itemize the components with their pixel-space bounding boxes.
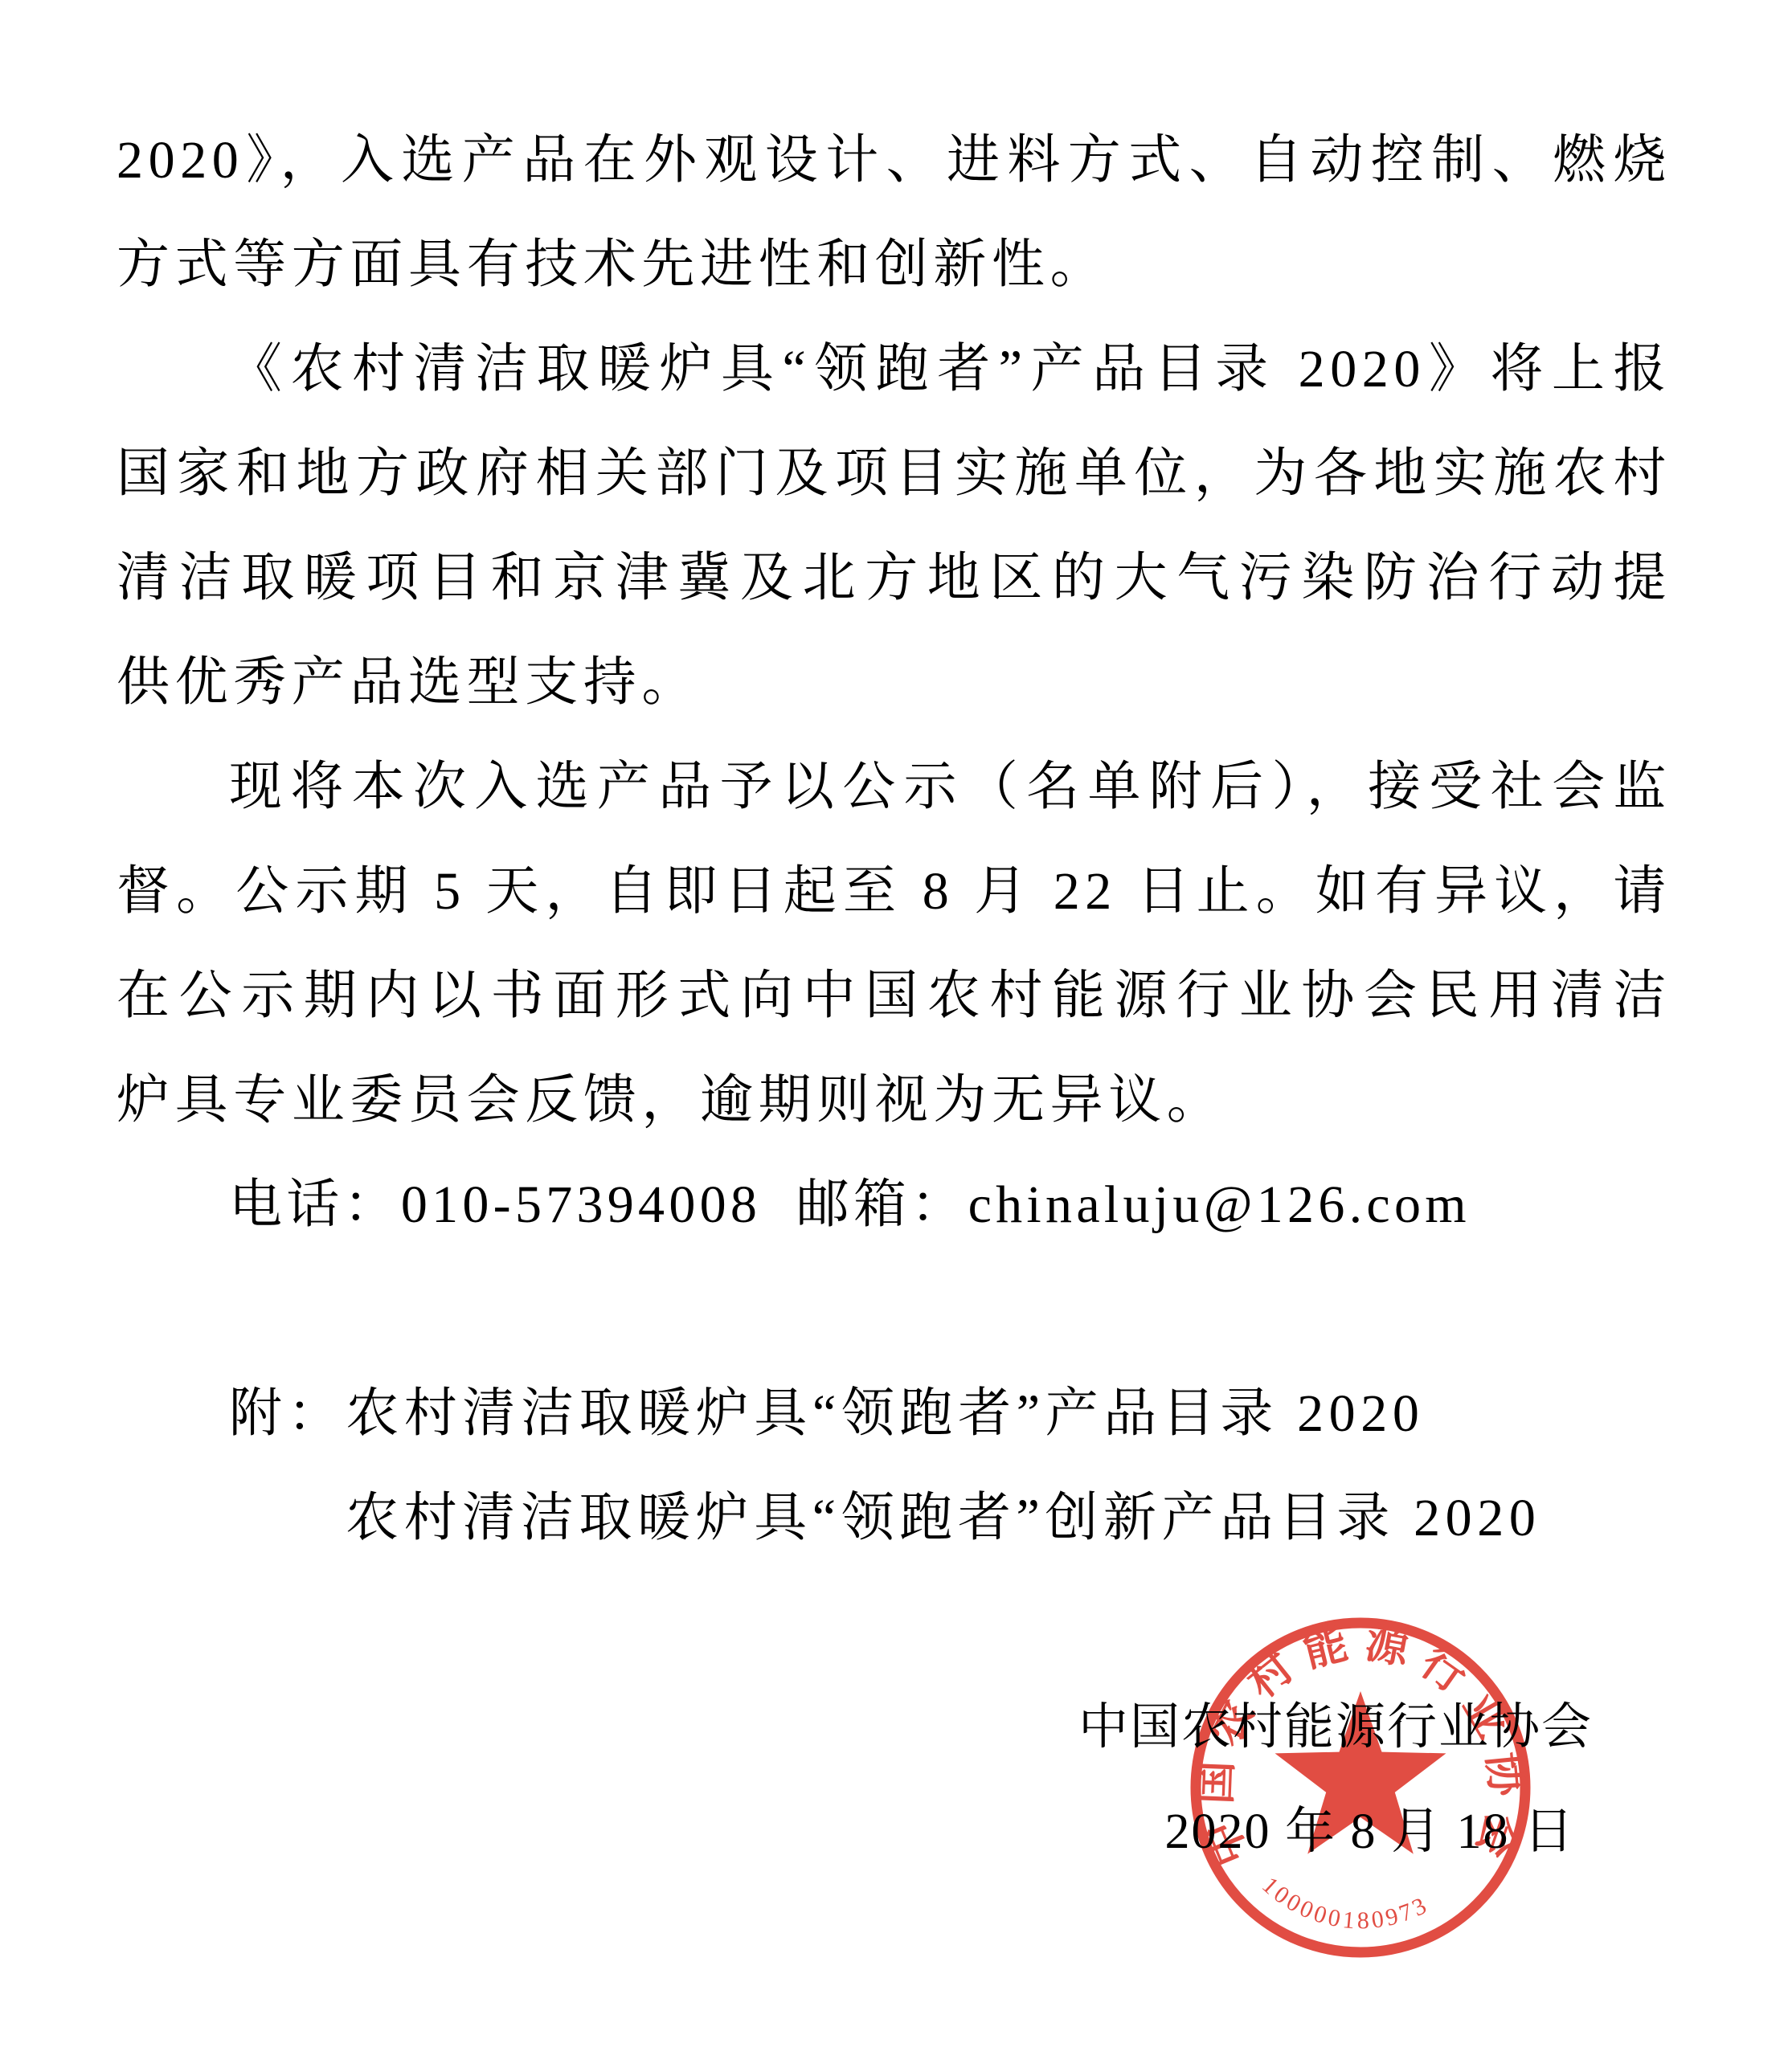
attachment-line-2: 农村清洁取暖炉具“领跑者”创新产品目录 2020	[117, 1466, 1671, 1571]
page: { "page": { "background": "#ffffff", "te…	[0, 0, 1788, 2072]
contact-line: 电话：010-57394008 邮箱：chinaluju@126.com	[117, 1153, 1671, 1257]
body-line-7: 现将本次入选产品予以公示（名单附后），接受社会监	[117, 735, 1671, 840]
blank-line	[117, 1257, 1671, 1362]
body-line-2: 方式等方面具有技术先进性和创新性。	[117, 213, 1671, 317]
body-line-5: 清洁取暖项目和京津冀及北方地区的大气污染防治行动提	[117, 526, 1671, 631]
attachment-line-1: 附：农村清洁取暖炉具“领跑者”产品目录 2020	[117, 1362, 1671, 1466]
body-line-4: 国家和地方政府相关部门及项目实施单位，为各地实施农村	[117, 422, 1671, 526]
blank-line	[117, 1571, 1671, 1675]
signature-org: 中国农村能源行业协会	[117, 1675, 1671, 1780]
body-line-1: 2020》，入选产品在外观设计、进料方式、自动控制、燃烧	[117, 108, 1671, 213]
body-line-3: 《农村清洁取暖炉具“领跑者”产品目录 2020》将上报	[117, 317, 1671, 422]
body-line-6: 供优秀产品选型支持。	[117, 631, 1671, 735]
document-body: 2020》，入选产品在外观设计、进料方式、自动控制、燃烧 方式等方面具有技术先进…	[0, 0, 1788, 1884]
body-line-8: 督。公示期 5 天，自即日起至 8 月 22 日止。如有异议，请	[117, 840, 1671, 944]
body-line-9: 在公示期内以书面形式向中国农村能源行业协会民用清洁	[117, 944, 1671, 1048]
signature-date: 2020 年 8 月 18 日	[117, 1780, 1671, 1884]
body-line-10: 炉具专业委员会反馈，逾期则视为无异议。	[117, 1048, 1671, 1153]
